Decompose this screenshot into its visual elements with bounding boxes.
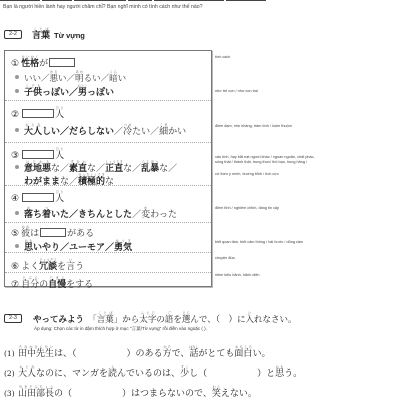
options-line: いい／悪わるい／明あかるい／暗くらい: [15, 70, 126, 84]
bullet-icon: [15, 75, 19, 79]
note-row-1b: như trẻ con / như con trai: [215, 89, 258, 94]
row-head: ⑦自分じぶんの自慢じまんをする: [11, 276, 93, 290]
note-row-7: niềm kiêu hãnh, hãnh diện: [215, 273, 260, 278]
cut-off-heading-line: [0, 0, 300, 1]
bullet-icon: [15, 89, 19, 93]
heading-vi: Từ vựng: [54, 31, 85, 40]
answer-blank: [22, 150, 54, 159]
section-heading-vocab: 言葉ことばTừ vựng: [32, 27, 85, 41]
options-line: 思おもいやり／ユーモア／勇気ゆうき: [15, 239, 132, 253]
row-head: ⑤彼かれはがある: [11, 225, 94, 239]
vocab-box: ①性格せいかくが いい／悪わるい／明あかるい／暗くらい 子供こどもっぽい／男おと…: [4, 50, 212, 287]
options-line: 意地悪いじわるな／素直すなおな／正直しょうじきな／乱暴らんぼうな／: [15, 160, 177, 174]
note-row-6: chuyện đùa: [215, 256, 235, 261]
vocab-row-2: ②人ひと 大人おとなしい／だらしない／冷つめたい／細こまかい: [5, 101, 211, 143]
note-row-5: biết quan tâm, biết cảm thông / hài hước…: [215, 240, 303, 245]
row-head: ⑥よく冗談じょうだんを言いう: [11, 258, 84, 272]
note-row-4: điềm tĩnh / nghiêm chỉnh, đáng tin cậy: [215, 206, 279, 211]
section-23-title: やってみよう 「言葉ことば」から太字ふとじの語ごを選えらんで、（ ）に入いれなさ…: [33, 311, 297, 325]
vocab-row-5: ⑤彼かれはがある 思おもいやり／ユーモア／勇気ゆうき: [5, 223, 211, 253]
row-head: ①性格せいかくが: [11, 55, 76, 69]
section-label-2-2: 2-2: [4, 30, 22, 39]
row-head: ②人ひと: [11, 106, 64, 120]
heading-jp: 言葉ことば: [32, 31, 50, 41]
note-row-3c: cứ theo ý mình, bướng bỉnh / tích cực: [215, 172, 279, 177]
bullet-icon: [15, 211, 19, 215]
vocab-row-3: ③人ひと 意地悪いじわるな／素直すなおな／正直しょうじきな／乱暴らんぼうな／ わ…: [5, 143, 211, 186]
row-head: ④人ひと: [11, 190, 64, 204]
options-line-2: わがままな／積極的せっきょくてきな: [24, 173, 114, 187]
exercise-3: (3)山田部長やまだぶちょうの（）はつまらないので、笑わらえない。: [4, 385, 257, 399]
vocab-row-4: ④人ひと 落おち着ついた／きちんとした／変かわった: [5, 186, 211, 223]
exercise-2: (2)大人おとななのに、マンガを読よんでいるのは、少すこし（）と思おもう。: [4, 365, 302, 379]
note-row-1: tính cách: [215, 55, 230, 60]
answer-blank: [49, 58, 75, 67]
intro-subtitle: Bạn là người hiền lành hay người chăm ch…: [3, 4, 203, 10]
row-head: ③人ひと: [11, 147, 64, 161]
answer-blank: [40, 228, 66, 237]
bullet-icon: [15, 165, 19, 169]
answer-blank: [22, 109, 54, 118]
note-row-3b: sống thật / thành thật, trung thực/ thô …: [215, 160, 307, 165]
bullet-icon: [15, 128, 19, 132]
options-line: 落おち着ついた／きちんとした／変かわった: [15, 206, 177, 220]
options-line-bold: 子供こどもっぽい／男おとこっぽい: [15, 84, 114, 98]
options-line: 大人おとなしい／だらしない／冷つめたい／細こまかい: [15, 123, 186, 137]
section-23-instruction: Áp dụng: Chọn các từ in đậm thích hợp ở …: [34, 326, 207, 332]
note-row-2: điềm đạm, nhẹ nhàng, trầm tính / luộm th…: [215, 124, 292, 129]
answer-blank: [22, 193, 54, 202]
bullet-icon: [15, 244, 19, 248]
vocab-row-7: ⑦自分じぶんの自慢じまんをする: [5, 273, 211, 288]
vocab-row-6: ⑥よく冗談じょうだんを言いう: [5, 253, 211, 273]
vocab-row-1: ①性格せいかくが いい／悪わるい／明あかるい／暗くらい 子供こどもっぽい／男おと…: [5, 51, 211, 101]
section-label-2-3: 2-3: [4, 314, 22, 323]
exercise-1: (1)田中先生たなかせんせいは、（）のある方かたで、話はなしがとても面白おもしろ…: [4, 345, 270, 359]
